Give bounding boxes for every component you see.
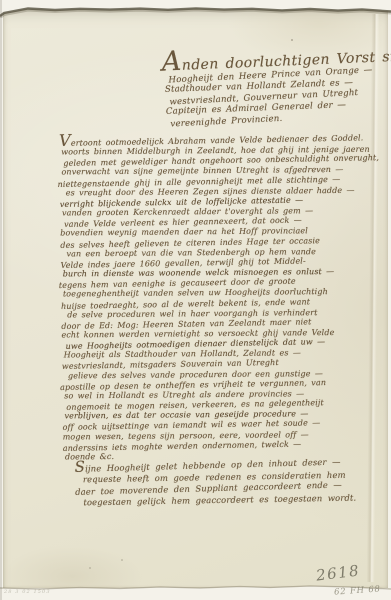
petition-body: Vertoont ootmoedelijck Abraham vande Vel… [59, 131, 383, 463]
scanned-manuscript: Anden doorluchtigen Vorst sijn — Hooghei… [0, 0, 391, 600]
pencil-mark-bottom-left: 28 3 02 1503 [4, 589, 51, 595]
address-header: Anden doorluchtigen Vorst sijn — Hooghei… [162, 46, 391, 129]
ink-speck [89, 567, 91, 569]
ink-speck [291, 39, 293, 41]
paper-sheet: Anden doorluchtigen Vorst sijn — Hooghei… [3, 6, 388, 588]
ink-speck [121, 559, 123, 561]
resolution-paragraph: Sijne Hoogheijt gelet hebbende op den in… [75, 455, 357, 509]
bottom-edge [0, 580, 391, 600]
address-lines: Hoogheijt den Heere Prince van Orange —S… [162, 63, 391, 129]
torn-top-edge [0, 0, 391, 18]
